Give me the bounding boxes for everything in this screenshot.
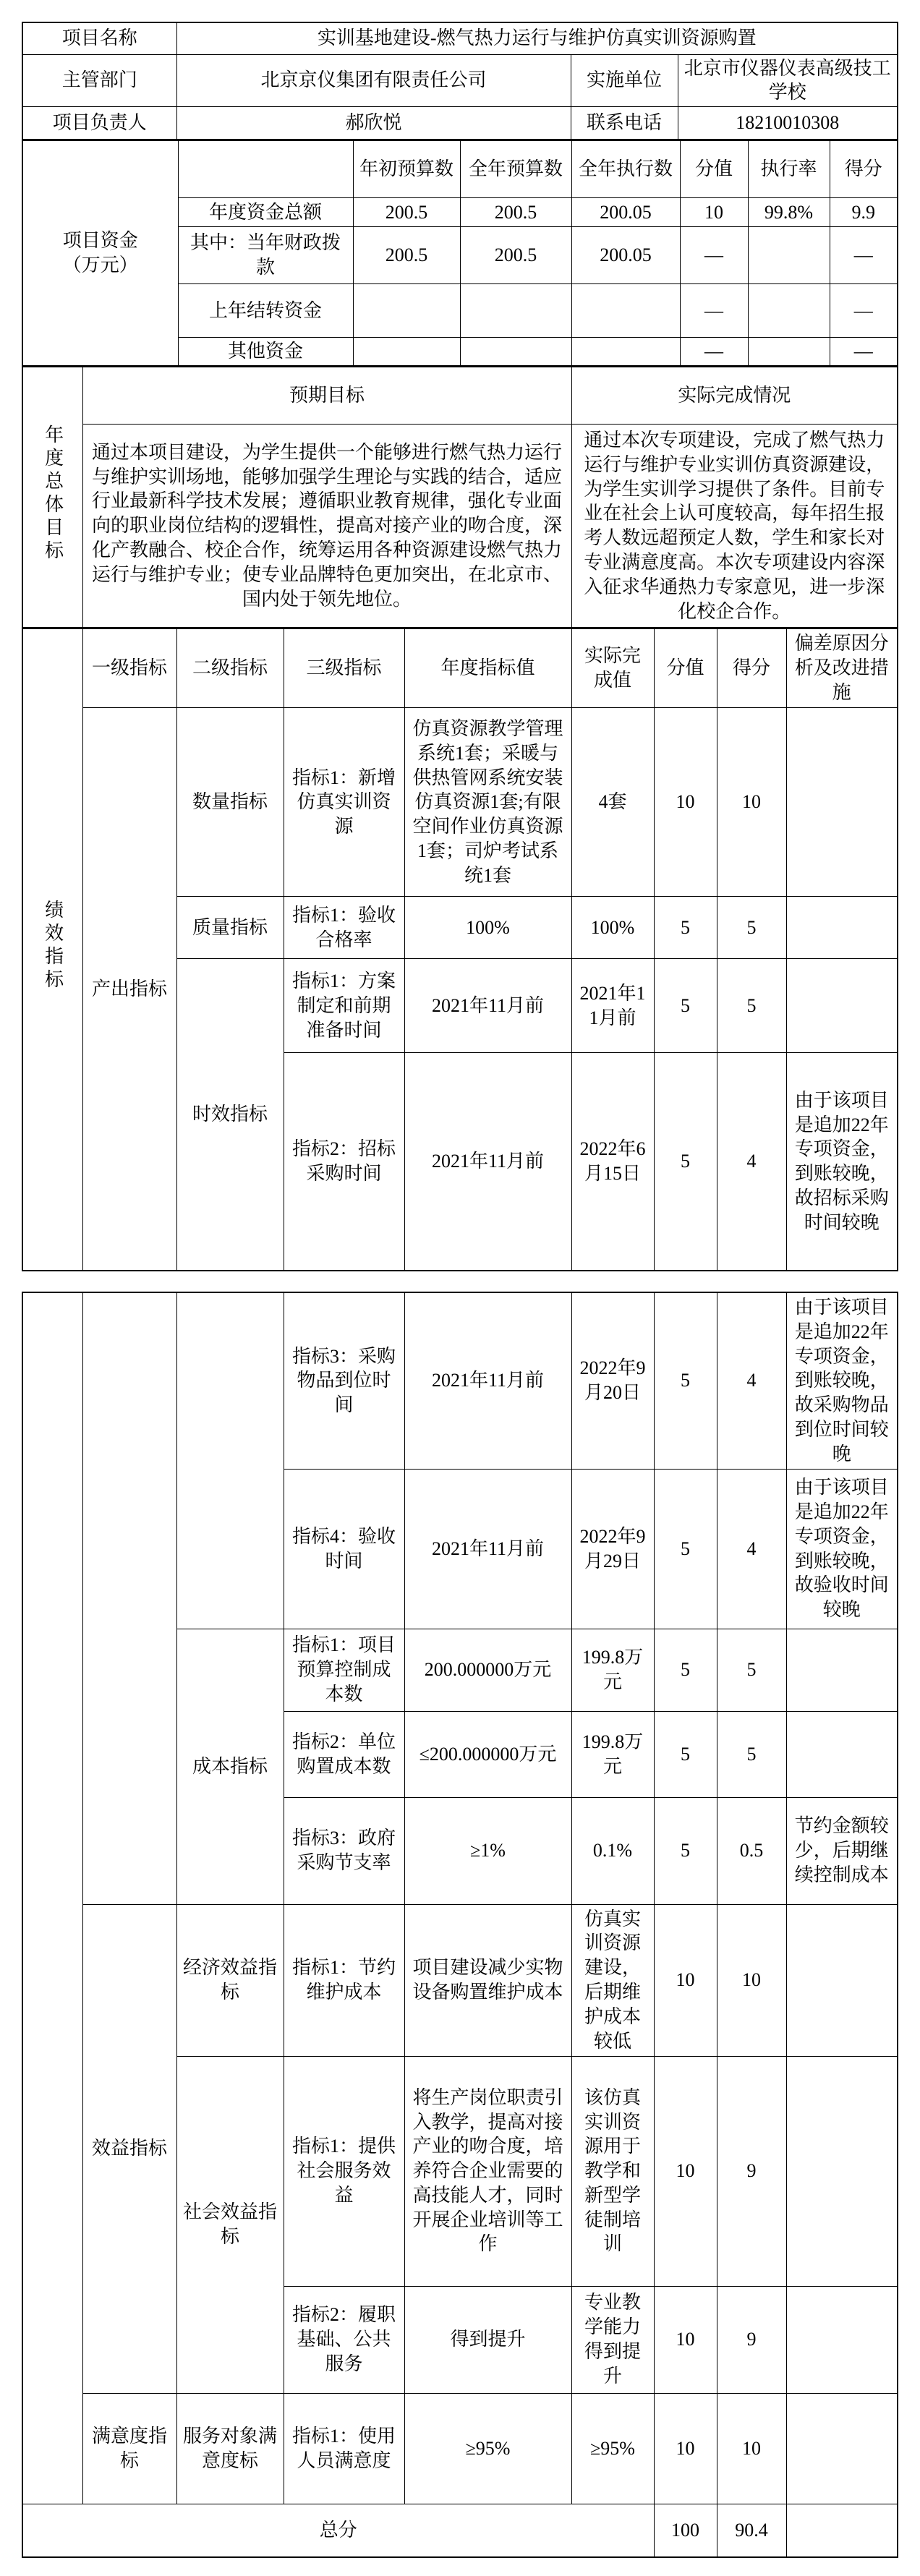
perf-header-l1: 一级指标 [82, 628, 176, 708]
perf-actual: 199.8万元 [571, 1711, 654, 1797]
perf-actual: ≥95% [571, 2393, 654, 2504]
perf-pts: 5 [654, 1629, 717, 1711]
dept-value: 北京京仪集团有限责任公司 [176, 54, 571, 107]
perf-l3: 指标2：履职基础、公共服务 [284, 2286, 404, 2393]
impl-label: 实施单位 [571, 54, 678, 107]
perf-pts: 5 [654, 1292, 717, 1469]
funds-annual-value [460, 338, 571, 366]
perf-pts: 10 [654, 2286, 717, 2393]
perf-header-target: 年度指标值 [404, 628, 571, 708]
perf-target: ≤200.000000万元 [404, 1711, 571, 1797]
perf-l1-output: 产出指标 [82, 708, 176, 1271]
funds-rate-value: 99.8% [748, 198, 830, 227]
perf-dev [786, 2393, 898, 2504]
perf-header-score: 得分 [717, 628, 786, 708]
perf-score: 4 [717, 1292, 786, 1469]
perf-pts: 5 [654, 897, 717, 959]
funds-row-label: 其中：当年财政拨款 [178, 227, 353, 284]
funds-annual-value: 200.5 [460, 198, 571, 227]
funds-pts-value: — [680, 227, 748, 284]
perf-total-score: 90.4 [717, 2504, 786, 2557]
perf-header-pts: 分值 [654, 628, 717, 708]
perf-l2-quantity: 数量指标 [176, 708, 284, 897]
funds-header-score: 得分 [830, 140, 898, 198]
perf-actual: 仿真实训资源建设，后期维护成本较低 [571, 1904, 654, 2056]
funds-exec-value [571, 338, 680, 366]
perf-l3: 指标3：采购物品到位时间 [284, 1292, 404, 1469]
perf-pts: 10 [654, 1904, 717, 2056]
funds-exec-value: 200.05 [571, 198, 680, 227]
performance-table-1: 绩效指标 一级指标 二级指标 三级指标 年度指标值 实际完成值 分值 得分 偏差… [22, 628, 898, 1271]
funds-rate-value [748, 338, 830, 366]
perf-l1-blank [82, 1292, 176, 1904]
project-name-value: 实训基地建设-燃气热力运行与维护仿真实训资源购置 [176, 22, 898, 54]
perf-actual: 0.1% [571, 1797, 654, 1904]
perf-actual: 2021年11月前 [571, 959, 654, 1053]
project-name-row: 项目名称 实训基地建设-燃气热力运行与维护仿真实训资源购置 [22, 22, 898, 54]
impl-value: 北京市仪器仪表高级技工学校 [678, 54, 898, 107]
dept-label: 主管部门 [22, 54, 176, 107]
perf-dev [786, 2286, 898, 2393]
performance-table-2: 指标3：采购物品到位时间 2021年11月前 2022年9月20日 5 4 由于… [22, 1292, 898, 2558]
perf-score: 5 [717, 959, 786, 1053]
funds-header-initial: 年初预算数 [353, 140, 460, 198]
goal-header-row: 年度总体目标 预期目标 实际完成情况 [22, 367, 898, 425]
perf-l2-blank [176, 1292, 284, 1629]
perf-l3: 指标1：使用人员满意度 [284, 2393, 404, 2504]
perf-total-row: 总分 100 90.4 [22, 2504, 898, 2557]
perf-dev [786, 2056, 898, 2286]
funds-header-exec: 全年执行数 [571, 140, 680, 198]
perf-total-dev-blank [786, 2504, 898, 2557]
perf-pts: 10 [654, 2393, 717, 2504]
perf-l2-time: 时效指标 [176, 959, 284, 1271]
funds-score-value: — [830, 227, 898, 284]
perf-section-label: 绩效指标 [22, 628, 82, 1271]
goal-actual-header: 实际完成情况 [571, 367, 898, 425]
annual-goal-table: 年度总体目标 预期目标 实际完成情况 通过本项目建设，为学生提供一个能够进行燃气… [22, 366, 898, 628]
perf-score: 10 [717, 1904, 786, 2056]
project-funds-table: 项目资金 （万元） 年初预算数 全年预算数 全年执行数 分值 执行率 得分 年度… [22, 140, 898, 367]
perf-l1-satisfaction: 满意度指标 [82, 2393, 176, 2504]
perf-score: 9 [717, 2286, 786, 2393]
perf-score: 4 [717, 1053, 786, 1271]
perf-score: 0.5 [717, 1797, 786, 1904]
perf-row-econ-benefit: 效益指标 经济效益指标 指标1：节约维护成本 项目建设减少实物设备购置维护成本 … [22, 1904, 898, 2056]
goal-expected-header: 预期目标 [82, 367, 571, 425]
funds-section-label-line2: （万元） [29, 253, 172, 278]
perf-l2-econ: 经济效益指标 [176, 1904, 284, 2056]
perf-row-quantity: 产出指标 数量指标 指标1：新增仿真实训资源 仿真资源教学管理系统1套；采暖与供… [22, 708, 898, 897]
perf-score: 5 [717, 1629, 786, 1711]
funds-section-label: 项目资金 （万元） [22, 140, 178, 366]
perf-l2-cost: 成本指标 [176, 1629, 284, 1904]
perf-dev: 由于该项目是追加22年专项资金，到账较晚，故招标采购时间较晚 [786, 1053, 898, 1271]
perf-dev [786, 1711, 898, 1797]
funds-row-label: 其他资金 [178, 338, 353, 366]
perf-row-delivery-time: 指标3：采购物品到位时间 2021年11月前 2022年9月20日 5 4 由于… [22, 1292, 898, 1469]
funds-score-value: — [830, 284, 898, 338]
perf-target: 仿真资源教学管理系统1套；采暖与供热管网系统安装仿真资源1套;有限空间作业仿真资… [404, 708, 571, 897]
funds-annual-value [460, 284, 571, 338]
funds-exec-value [571, 284, 680, 338]
perf-pts: 5 [654, 959, 717, 1053]
perf-score: 4 [717, 1469, 786, 1629]
perf-target: 2021年11月前 [404, 1292, 571, 1469]
funds-header-row: 项目资金 （万元） 年初预算数 全年预算数 全年执行数 分值 执行率 得分 [22, 140, 898, 198]
funds-annual-value: 200.5 [460, 227, 571, 284]
funds-initial-value [353, 284, 460, 338]
perf-pts: 10 [654, 708, 717, 897]
perf-actual: 2022年9月29日 [571, 1469, 654, 1629]
funds-rate-value [748, 227, 830, 284]
funds-score-value: — [830, 338, 898, 366]
perf-target: 项目建设减少实物设备购置维护成本 [404, 1904, 571, 2056]
funds-rate-value [748, 284, 830, 338]
perf-target: 得到提升 [404, 2286, 571, 2393]
perf-score: 9 [717, 2056, 786, 2286]
perf-dev: 由于该项目是追加22年专项资金，到账较晚，故验收时间较晚 [786, 1469, 898, 1629]
funds-score-value: 9.9 [830, 198, 898, 227]
perf-l3: 指标2：招标采购时间 [284, 1053, 404, 1271]
perf-total-label: 总分 [22, 2504, 654, 2557]
perf-l2-quality: 质量指标 [176, 897, 284, 959]
perf-l3: 指标1：项目预算控制成本数 [284, 1629, 404, 1711]
funds-pts-value: — [680, 284, 748, 338]
perf-target: 2021年11月前 [404, 1469, 571, 1629]
funds-section-label-line1: 项目资金 [29, 229, 172, 253]
perf-actual: 专业教学能力得到提升 [571, 2286, 654, 2393]
page1-tables: 项目名称 实训基地建设-燃气热力运行与维护仿真实训资源购置 主管部门 北京京仪集… [22, 22, 898, 1271]
perf-pts: 5 [654, 1053, 717, 1271]
perf-actual: 该仿真实训资源用于教学和新型学徒制培训 [571, 2056, 654, 2286]
perf-actual: 2022年9月20日 [571, 1292, 654, 1469]
perf-target: 2021年11月前 [404, 1053, 571, 1271]
goal-actual-text: 通过本次专项建设，完成了燃气热力运行与维护专业实训仿真资源建设，为学生实训学习提… [571, 425, 898, 628]
funds-header-blank [178, 140, 353, 198]
perf-actual: 199.8万元 [571, 1629, 654, 1711]
perf-dev: 由于该项目是追加22年专项资金，到账较晚，故采购物品到位时间较晚 [786, 1292, 898, 1469]
funds-header-annual: 全年预算数 [460, 140, 571, 198]
perf-l3: 指标1：提供社会服务效益 [284, 2056, 404, 2286]
perf-pts: 5 [654, 1797, 717, 1904]
perf-l3: 指标1：新增仿真实训资源 [284, 708, 404, 897]
perf-l2-service: 服务对象满意度标 [176, 2393, 284, 2504]
perf-header-actual: 实际完成值 [571, 628, 654, 708]
perf-pts: 5 [654, 1469, 717, 1629]
perf-row-satisfaction: 满意度指标 服务对象满意度标 指标1：使用人员满意度 ≥95% ≥95% 10 … [22, 2393, 898, 2504]
perf-l3: 指标4：验收时间 [284, 1469, 404, 1629]
perf-section-label-text: 绩效指标 [41, 900, 65, 992]
goal-content-row: 通过本项目建设，为学生提供一个能够进行燃气热力运行与维护实训场地，能够加强学生理… [22, 425, 898, 628]
perf-target: 将生产岗位职责引入教学，提高对接产业的吻合度，培养符合企业需要的高技能人才，同时… [404, 2056, 571, 2286]
perf-target: 100% [404, 897, 571, 959]
perf-total-pts: 100 [654, 2504, 717, 2557]
perf-target: ≥95% [404, 2393, 571, 2504]
perf-dev [786, 959, 898, 1053]
leader-row: 项目负责人 郝欣悦 联系电话 18210010308 [22, 107, 898, 140]
dept-row: 主管部门 北京京仪集团有限责任公司 实施单位 北京市仪器仪表高级技工学校 [22, 54, 898, 107]
goal-section-label: 年度总体目标 [22, 367, 82, 628]
perf-header-dev: 偏差原因分析及改进措施 [786, 628, 898, 708]
perf-dev: 节约金额较少，后期继续控制成本 [786, 1797, 898, 1904]
leader-label: 项目负责人 [22, 107, 176, 140]
perf-dev [786, 1629, 898, 1711]
page2-tables: 指标3：采购物品到位时间 2021年11月前 2022年9月20日 5 4 由于… [22, 1292, 898, 2558]
funds-header-rate: 执行率 [748, 140, 830, 198]
perf-score: 5 [717, 897, 786, 959]
perf-l3: 指标3：政府采购节支率 [284, 1797, 404, 1904]
funds-initial-value: 200.5 [353, 227, 460, 284]
funds-row-label: 年度资金总额 [178, 198, 353, 227]
perf-l3: 指标1：验收合格率 [284, 897, 404, 959]
perf-actual: 2022年6月15日 [571, 1053, 654, 1271]
perf-score: 5 [717, 1711, 786, 1797]
perf-header-l3: 三级指标 [284, 628, 404, 708]
perf-dev [786, 708, 898, 897]
perf-target: 200.000000万元 [404, 1629, 571, 1711]
perf-target: ≥1% [404, 1797, 571, 1904]
funds-row-label: 上年结转资金 [178, 284, 353, 338]
perf-l3: 指标1：节约维护成本 [284, 1904, 404, 2056]
perf-header-row: 绩效指标 一级指标 二级指标 三级指标 年度指标值 实际完成值 分值 得分 偏差… [22, 628, 898, 708]
perf-actual: 4套 [571, 708, 654, 897]
perf-score: 10 [717, 2393, 786, 2504]
phone-label: 联系电话 [571, 107, 678, 140]
funds-header-pts: 分值 [680, 140, 748, 198]
perf-actual: 100% [571, 897, 654, 959]
perf-pts: 10 [654, 2056, 717, 2286]
funds-exec-value: 200.05 [571, 227, 680, 284]
funds-initial-value: 200.5 [353, 198, 460, 227]
perf-l3: 指标1：方案制定和前期准备时间 [284, 959, 404, 1053]
goal-expected-text: 通过本项目建设，为学生提供一个能够进行燃气热力运行与维护实训场地，能够加强学生理… [82, 425, 571, 628]
perf-target: 2021年11月前 [404, 959, 571, 1053]
perf-dev [786, 897, 898, 959]
performance-evaluation-sheet: 项目名称 实训基地建设-燃气热力运行与维护仿真实训资源购置 主管部门 北京京仪集… [0, 0, 920, 2576]
funds-pts-value: — [680, 338, 748, 366]
perf-side-blank [22, 1292, 82, 2504]
project-info-table: 项目名称 实训基地建设-燃气热力运行与维护仿真实训资源购置 主管部门 北京京仪集… [22, 22, 898, 140]
perf-l2-social: 社会效益指标 [176, 2056, 284, 2393]
leader-value: 郝欣悦 [176, 107, 571, 140]
project-name-label: 项目名称 [22, 22, 176, 54]
funds-pts-value: 10 [680, 198, 748, 227]
perf-header-l2: 二级指标 [176, 628, 284, 708]
funds-initial-value [353, 338, 460, 366]
perf-l3: 指标2：单位购置成本数 [284, 1711, 404, 1797]
phone-value: 18210010308 [678, 107, 898, 140]
perf-l1-benefit: 效益指标 [82, 1904, 176, 2393]
perf-score: 10 [717, 708, 786, 897]
perf-pts: 5 [654, 1711, 717, 1797]
perf-dev [786, 1904, 898, 2056]
goal-section-label-text: 年度总体目标 [41, 425, 65, 563]
